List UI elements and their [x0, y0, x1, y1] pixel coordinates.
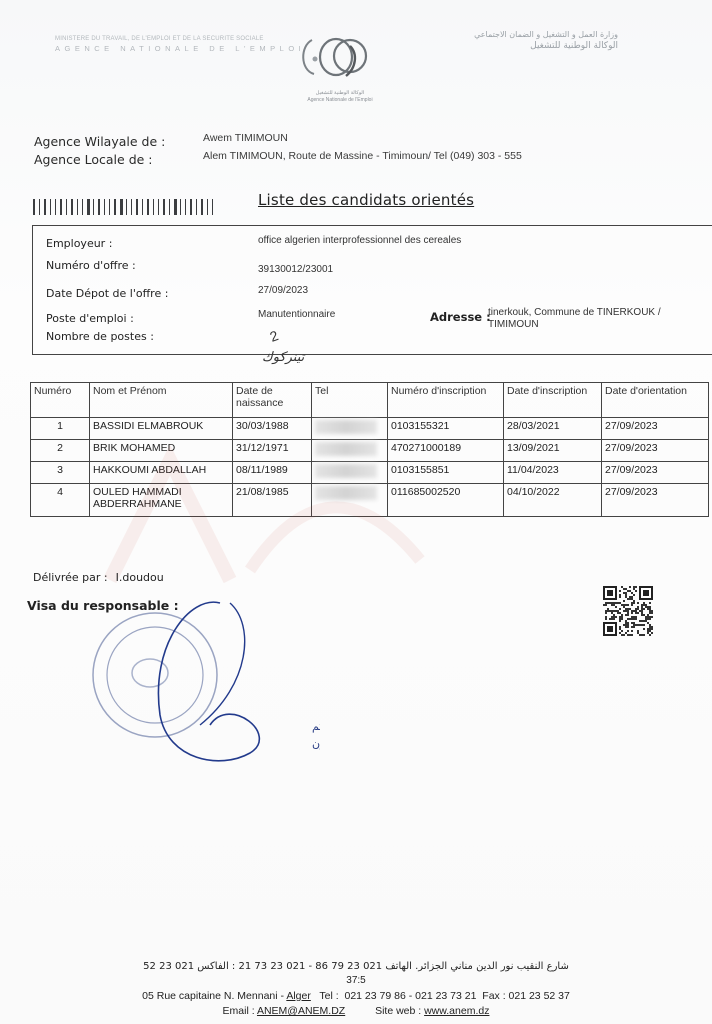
cell-date-inscription: 13/09/2021	[504, 440, 602, 462]
table-row: 1 BASSIDI ELMABROUK 30/03/1988 010315532…	[31, 418, 709, 440]
cell-date-orientation: 27/09/2023	[602, 440, 709, 462]
cell-tel-redacted	[312, 418, 388, 440]
cell-date-orientation: 27/09/2023	[602, 462, 709, 484]
address-phones: Tel : 021 23 79 86 - 021 23 73 21 Fax : …	[311, 990, 570, 1002]
position-value: Manutentionnaire	[258, 309, 335, 320]
document-page: MINISTERE DU TRAVAIL, DE L'EMPLOI ET DE …	[0, 0, 712, 1024]
official-stamp-signature-icon: محافظ بتسيير عون التحكم المحلية للتشغيل …	[80, 585, 320, 775]
email-link[interactable]: ANEM@ANEM.DZ	[257, 1005, 345, 1017]
offer-number-label: Numéro d'offre :	[46, 259, 136, 272]
header-date-naissance: Date de naissance	[233, 383, 312, 418]
cell-date-inscription: 04/10/2022	[504, 484, 602, 517]
cell-numero: 4	[31, 484, 90, 517]
cell-numero: 3	[31, 462, 90, 484]
cell-inscription: 0103155321	[388, 418, 504, 440]
agency-name-fr: AGENCE NATIONALE DE L'EMPLOI	[55, 44, 275, 53]
footer-contact: Email : ANEM@ANEM.DZ Site web : www.anem…	[0, 1005, 712, 1017]
svg-text:محافظ بتسيير عون التحكم: محافظ بتسيير عون التحكم	[312, 720, 320, 733]
anem-logo-icon	[298, 32, 378, 82]
employer-value: office algerien interprofessionnel des c…	[258, 235, 461, 246]
locale-label: Agence Locale de :	[34, 152, 153, 167]
site-label: Site web :	[375, 1005, 424, 1017]
footer-address-ar-cont: 37:5	[0, 975, 712, 986]
deposit-date-value: 27/09/2023	[258, 285, 308, 296]
document-title: Liste des candidats orientés	[258, 191, 474, 209]
header-tel: Tel	[312, 383, 388, 418]
header-date-orientation: Date d'orientation	[602, 383, 709, 418]
ministry-header-fr: MINISTERE DU TRAVAIL, DE L'EMPLOI ET DE …	[55, 36, 275, 53]
address-street: 05 Rue capitaine N. Mennani -	[142, 990, 286, 1002]
agency-name-ar: الوكالة الوطنية للتشغيل	[418, 41, 618, 51]
deposit-date-label: Date Dépot de l'offre :	[46, 287, 168, 300]
ministry-name-fr: MINISTERE DU TRAVAIL, DE L'EMPLOI ET DE …	[55, 36, 275, 42]
locale-value: Alem TIMIMOUN, Route de Massine - Timimo…	[203, 150, 522, 162]
svg-text:المحلية للتشغيل بتيميمون: المحلية للتشغيل بتيميمون	[312, 737, 320, 750]
address-label: Adresse :	[430, 310, 491, 324]
cell-date-orientation: 27/09/2023	[602, 484, 709, 517]
table-header-row: Numéro Nom et Prénom Date de naissance T…	[31, 383, 709, 418]
footer-address-ar: شارع النقيب نور الدين مناني الجزائر. اله…	[0, 961, 712, 972]
cell-dob: 30/03/1988	[233, 418, 312, 440]
logo-caption: الوكالة الوطنية للتشغيل Agence Nationale…	[290, 90, 390, 104]
handwritten-location-note: تينركوك	[262, 350, 304, 365]
email-label: Email :	[223, 1005, 257, 1017]
logo-caption-fr: Agence Nationale de l'Emploi	[290, 97, 390, 104]
header-numero-inscription: Numéro d'inscription	[388, 383, 504, 418]
offer-number-value: 39130012/23001	[258, 264, 333, 275]
cell-nom: BASSIDI ELMABROUK	[90, 418, 233, 440]
delivered-label: Délivrée par :	[33, 571, 108, 584]
delivered-value: I.doudou	[116, 571, 164, 584]
delivered-by: Délivrée par :I.doudou	[33, 571, 164, 584]
wilayale-label: Agence Wilayale de :	[34, 134, 165, 149]
cell-date-inscription: 28/03/2021	[504, 418, 602, 440]
website-link[interactable]: www.anem.dz	[424, 1005, 489, 1017]
ministry-name-ar: وزارة العمل و التشغيل و الضمان الاجتماعي	[418, 30, 618, 39]
address-city: Alger	[286, 990, 311, 1002]
cell-date-inscription: 11/04/2023	[504, 462, 602, 484]
cell-numero: 2	[31, 440, 90, 462]
redaction-blur	[315, 420, 377, 434]
cell-date-orientation: 27/09/2023	[602, 418, 709, 440]
address-value: tinerkouk, Commune de TINERKOUK / TIMIMO…	[488, 307, 708, 331]
cell-numero: 1	[31, 418, 90, 440]
logo-caption-ar: الوكالة الوطنية للتشغيل	[290, 90, 390, 97]
qr-code-icon	[603, 572, 653, 650]
barcode-icon	[33, 199, 226, 215]
watermark-logo-icon	[90, 440, 510, 590]
position-label: Poste d'emploi :	[46, 312, 134, 325]
employer-label: Employeur :	[46, 237, 112, 250]
header-nom-prenom: Nom et Prénom	[90, 383, 233, 418]
footer-address-fr: 05 Rue capitaine N. Mennani - Alger Tel …	[0, 990, 712, 1002]
wilayale-value: Awem TIMIMOUN	[203, 132, 288, 144]
posts-label: Nombre de postes :	[46, 330, 154, 343]
header-date-inscription: Date d'inscription	[504, 383, 602, 418]
ministry-header-ar: وزارة العمل و التشغيل و الضمان الاجتماعي…	[418, 30, 618, 51]
header-numero: Numéro	[31, 383, 90, 418]
